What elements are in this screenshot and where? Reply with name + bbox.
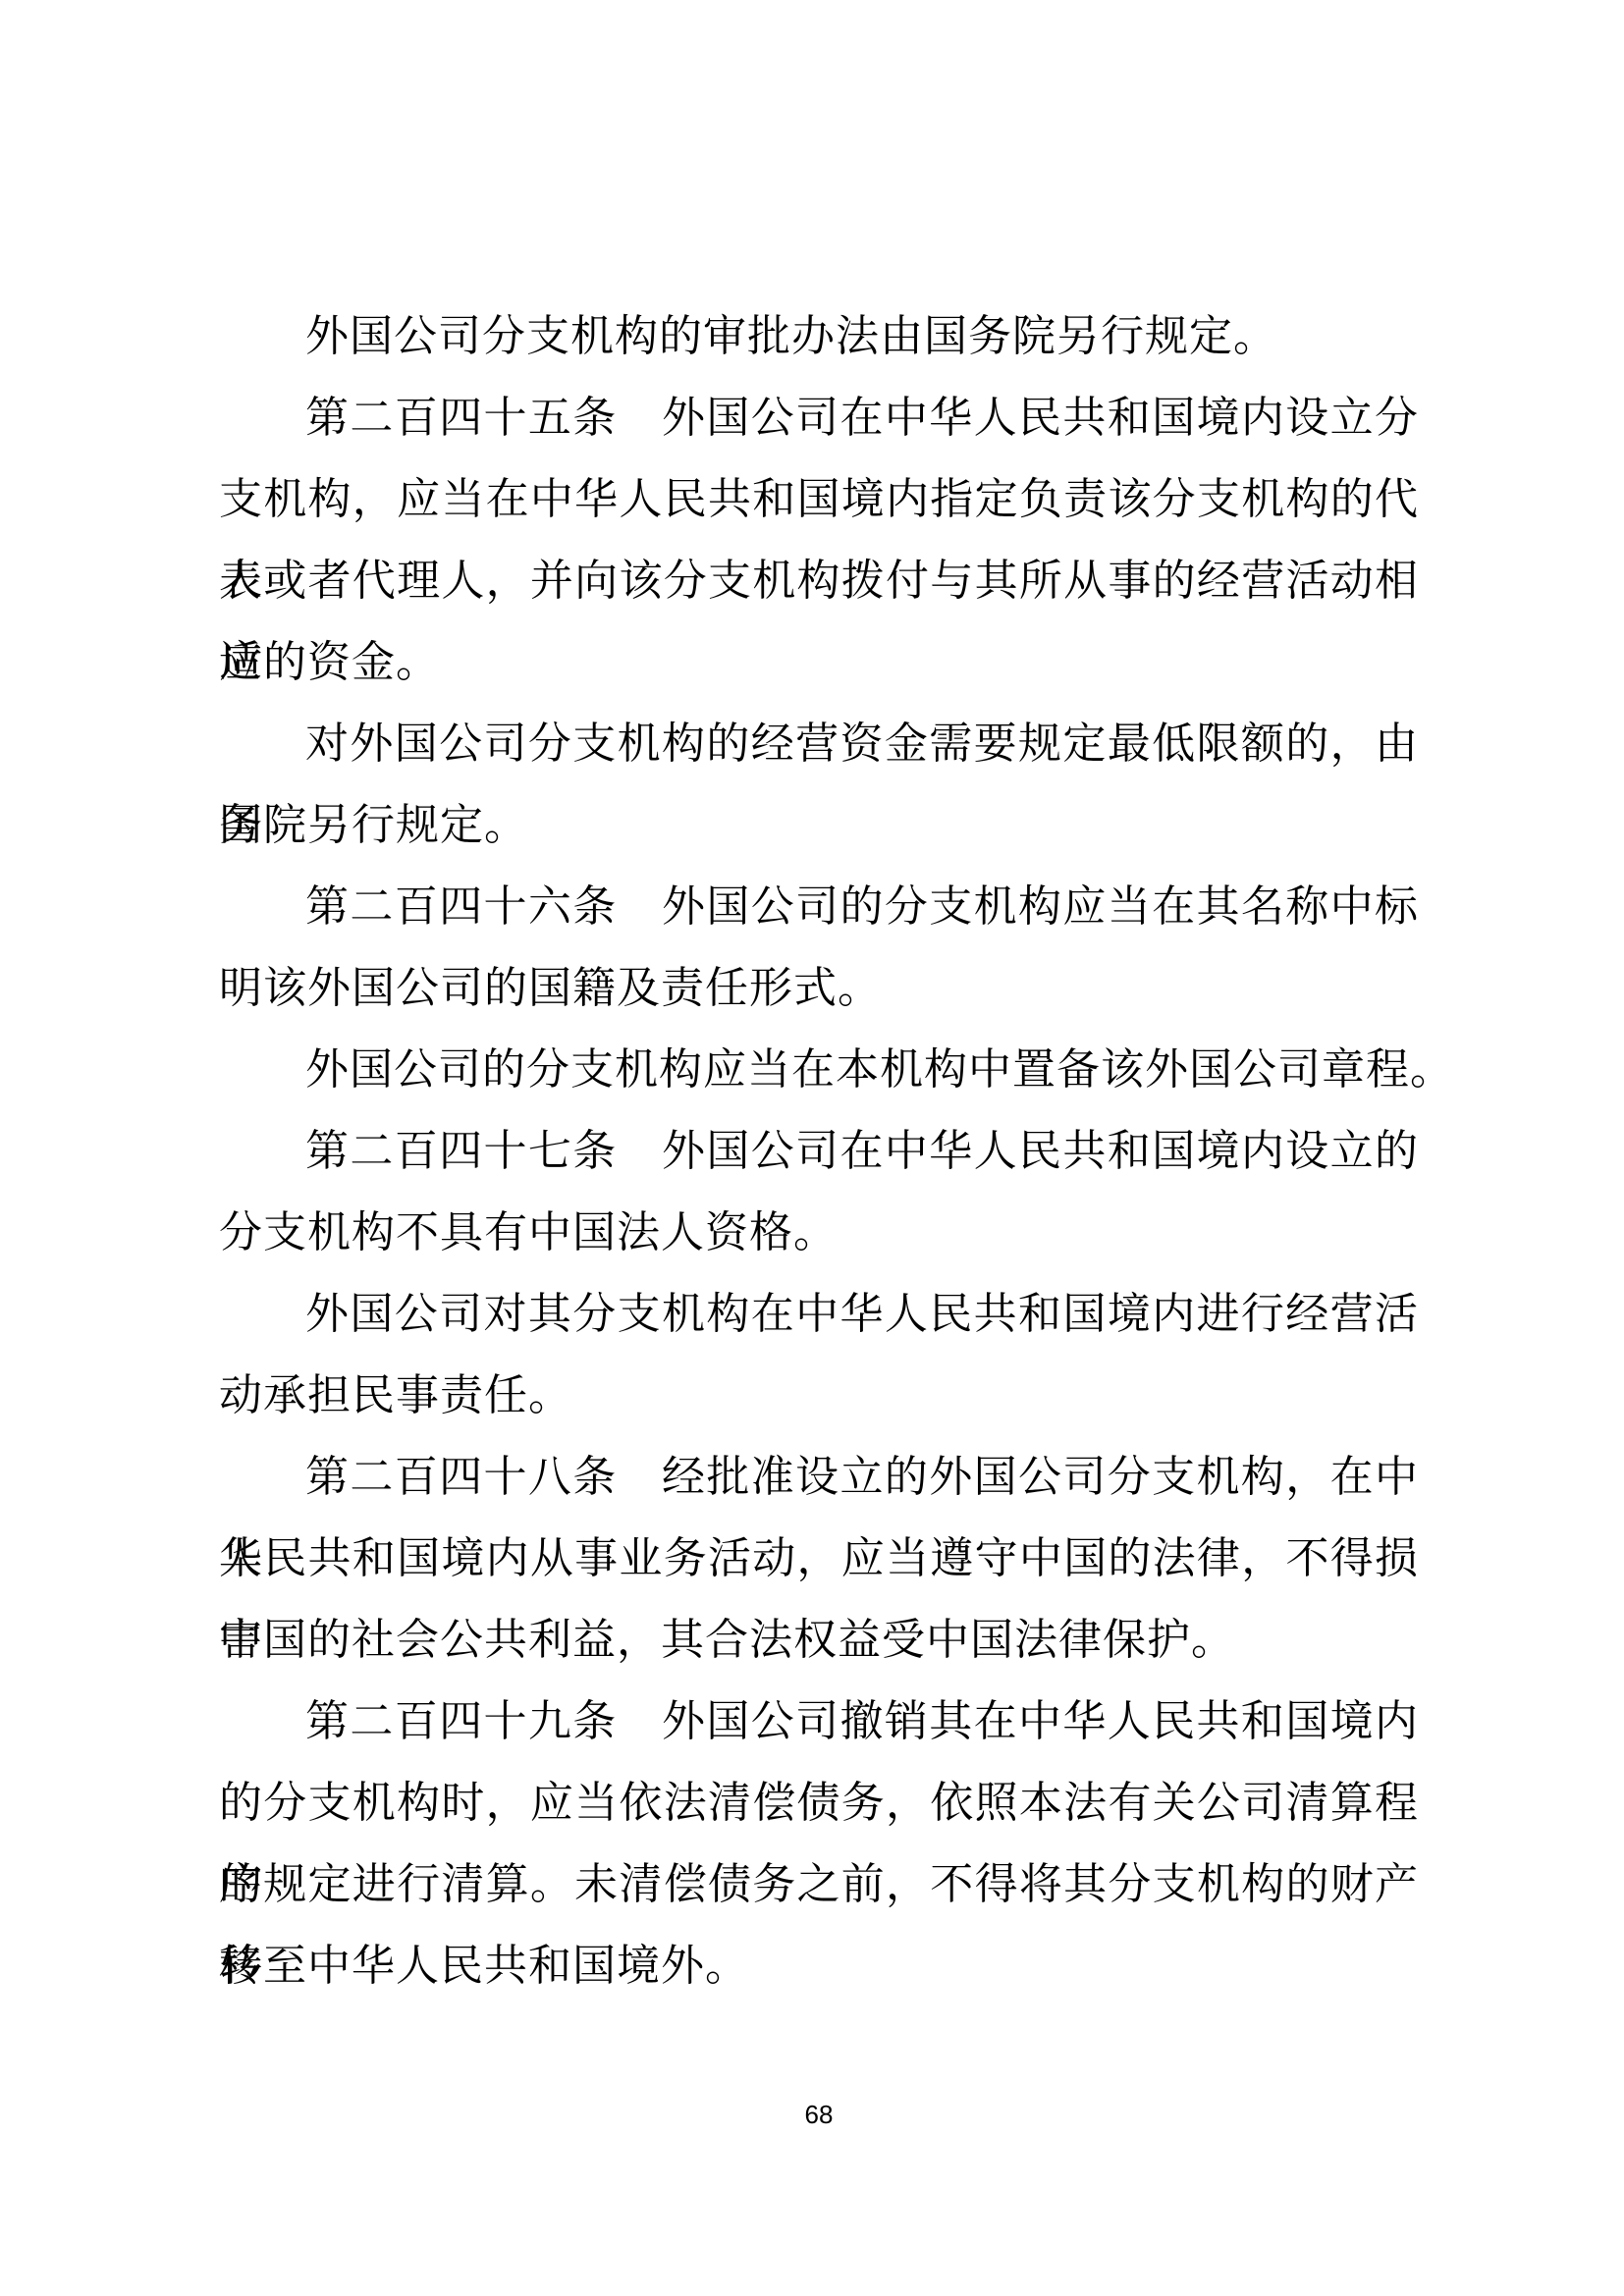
text-line: 对外国公司分支机构的经营资金需要规定最低限额的，由国 — [219, 703, 1419, 784]
text-line: 的规定进行清算。未清偿债务之前，不得将其分支机构的财产转 — [219, 1843, 1419, 1925]
text-line: 外国公司对其分支机构在中华人民共和国境内进行经营活 — [219, 1273, 1419, 1355]
text-line-article-248: 第二百四十八条 经批准设立的外国公司分支机构，在中华 — [219, 1436, 1419, 1518]
page-number: 68 — [219, 2099, 1419, 2130]
text-line: 支机构，应当在中华人民共和国境内指定负责该分支机构的代表 — [219, 458, 1419, 540]
text-line: 务院另行规定。 — [219, 784, 1419, 866]
text-line: 人民共和国境内从事业务活动，应当遵守中国的法律，不得损害 — [219, 1518, 1419, 1599]
document-page: { "document": { "lines": [ { "text": "外国… — [0, 0, 1624, 2296]
text-line-article-249: 第二百四十九条 外国公司撤销其在中华人民共和国境内 — [219, 1681, 1419, 1762]
text-line-article-246: 第二百四十六条 外国公司的分支机构应当在其名称中标 — [219, 866, 1419, 947]
text-line: 的分支机构时，应当依法清偿债务，依照本法有关公司清算程序 — [219, 1762, 1419, 1843]
text-line-article-245: 第二百四十五条 外国公司在中华人民共和国境内设立分 — [219, 377, 1419, 458]
text-line: 动承担民事责任。 — [219, 1355, 1419, 1436]
text-line: 外国公司的分支机构应当在本机构中置备该外国公司章程。 — [219, 1029, 1419, 1110]
text-line: 外国公司分支机构的审批办法由国务院另行规定。 — [219, 295, 1419, 377]
text-line: 移至中华人民共和国境外。 — [219, 1925, 1419, 2006]
text-line: 应的资金。 — [219, 621, 1419, 703]
text-line-article-247: 第二百四十七条 外国公司在中华人民共和国境内设立的 — [219, 1110, 1419, 1192]
text-line: 中国的社会公共利益，其合法权益受中国法律保护。 — [219, 1599, 1419, 1681]
text-line: 明该外国公司的国籍及责任形式。 — [219, 947, 1419, 1029]
text-line: 人或者代理人，并向该分支机构拨付与其所从事的经营活动相适 — [219, 540, 1419, 621]
text-line: 分支机构不具有中国法人资格。 — [219, 1192, 1419, 1273]
body-text: 外国公司分支机构的审批办法由国务院另行规定。 第二百四十五条 外国公司在中华人民… — [219, 295, 1419, 2006]
